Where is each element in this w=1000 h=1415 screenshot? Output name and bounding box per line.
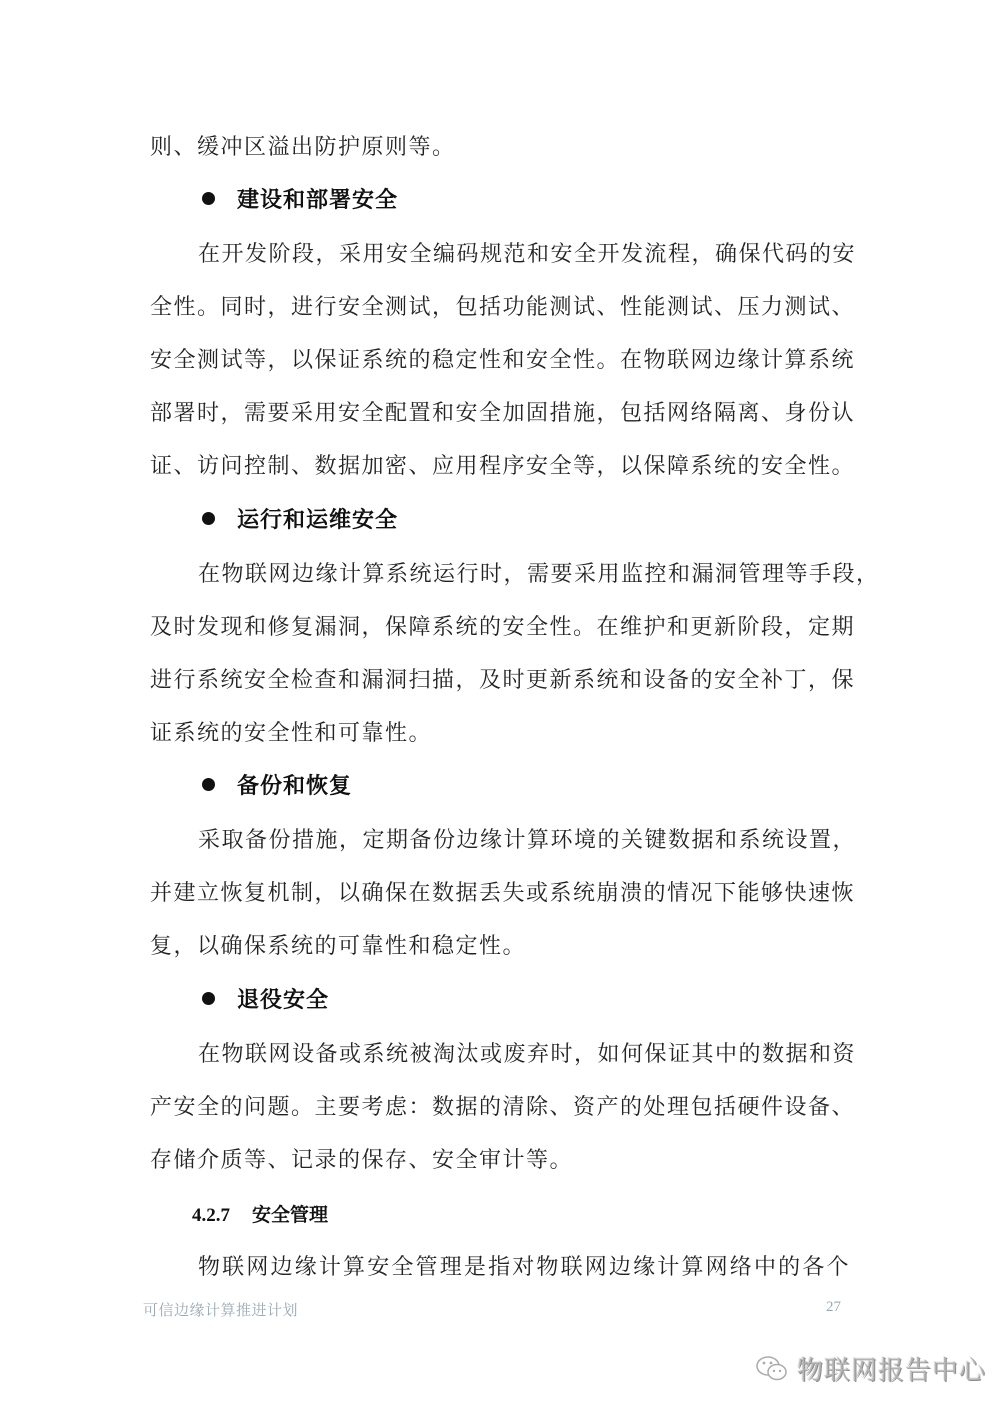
paragraph-line: 在开发阶段，采用安全编码规范和安全开发流程，确保代码的安: [150, 240, 850, 270]
wechat-icon: [755, 1354, 789, 1384]
bullet-icon: [202, 192, 215, 205]
watermark: 物联网报告中心: [755, 1350, 986, 1387]
bullet-icon: [202, 512, 215, 525]
heading-text: 建设和部署安全: [237, 188, 398, 213]
watermark-text: 物联网报告中心: [797, 1350, 986, 1387]
footer-title: 可信边缘计算推进计划: [143, 1299, 298, 1320]
paragraph-line: 部署时，需要采用安全配置和安全加固措施，包括网络隔离、身份认: [150, 399, 850, 429]
paragraph-line: 证、访问控制、数据加密、应用程序安全等，以保障系统的安全性。: [150, 452, 850, 482]
page-number: 27: [826, 1299, 841, 1316]
bullet-heading: 退役安全: [202, 986, 329, 1016]
bullet-heading: 建设和部署安全: [202, 186, 398, 216]
subsection-heading: 4.2.7安全管理: [192, 1201, 328, 1230]
paragraph-line: 进行系统安全检查和漏洞扫描，及时更新系统和设备的安全补丁，保: [150, 666, 850, 696]
paragraph-line: 则、缓冲区溢出防护原则等。: [150, 133, 850, 163]
paragraph-line: 产安全的问题。主要考虑：数据的清除、资产的处理包括硬件设备、: [150, 1093, 850, 1123]
heading-text: 退役安全: [237, 988, 329, 1013]
paragraph-line: 复，以确保系统的可靠性和稳定性。: [150, 932, 850, 962]
bullet-icon: [202, 778, 215, 791]
paragraph-line: 采取备份措施，定期备份边缘计算环境的关键数据和系统设置，: [150, 826, 850, 856]
heading-text: 运行和运维安全: [237, 508, 398, 533]
subsection-title: 安全管理: [252, 1204, 328, 1226]
heading-text: 备份和恢复: [237, 774, 352, 799]
paragraph-line: 全性。同时，进行安全测试，包括功能测试、性能测试、压力测试、: [150, 293, 850, 323]
paragraph-line: 证系统的安全性和可靠性。: [150, 719, 850, 749]
paragraph-line: 存储介质等、记录的保存、安全审计等。: [150, 1146, 850, 1176]
bullet-heading: 备份和恢复: [202, 772, 352, 802]
paragraph-line: 安全测试等，以保证系统的稳定性和安全性。在物联网边缘计算系统: [150, 346, 850, 376]
paragraph-line: 在物联网边缘计算系统运行时，需要采用监控和漏洞管理等手段，: [150, 560, 850, 590]
bullet-icon: [202, 992, 215, 1005]
subsection-number: 4.2.7: [192, 1205, 230, 1226]
paragraph-line: 并建立恢复机制，以确保在数据丢失或系统崩溃的情况下能够快速恢: [150, 879, 850, 909]
paragraph-line: 在物联网设备或系统被淘汰或废弃时，如何保证其中的数据和资: [150, 1040, 850, 1070]
paragraph-line: 物联网边缘计算安全管理是指对物联网边缘计算网络中的各个: [150, 1253, 850, 1283]
paragraph-line: 及时发现和修复漏洞，保障系统的安全性。在维护和更新阶段，定期: [150, 613, 850, 643]
bullet-heading: 运行和运维安全: [202, 506, 398, 536]
